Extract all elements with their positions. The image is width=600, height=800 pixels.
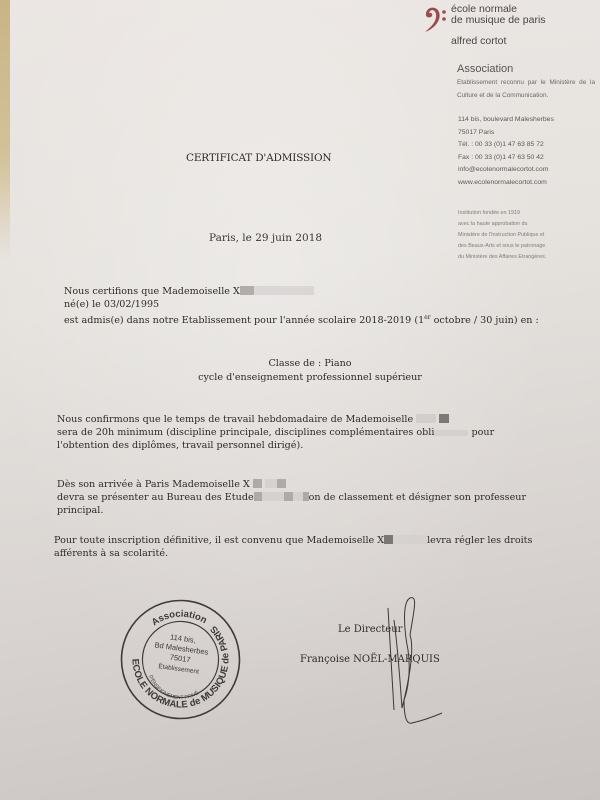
association-title: Association bbox=[457, 63, 600, 75]
admission-line-end: octobre / 30 juin) en : bbox=[431, 316, 539, 327]
website-link[interactable]: www.ecolenormalecortot.com bbox=[458, 177, 600, 190]
redaction bbox=[265, 479, 277, 488]
arrival-line1: Dès son arrivée à Paris Mademoiselle X bbox=[57, 479, 250, 490]
birthdate-line: né(e) le 03/02/1995 bbox=[64, 298, 539, 311]
arrival-line3: principal. bbox=[57, 504, 526, 517]
redaction bbox=[434, 430, 468, 436]
history-line: avec la haute approbation du bbox=[458, 219, 600, 230]
admission-line: est admis(e) dans notre Etablissement po… bbox=[64, 316, 424, 327]
letterhead: école normale de musique de paris alfred… bbox=[422, 4, 600, 263]
stamp-top-text: Association bbox=[149, 604, 210, 635]
bass-clef-icon bbox=[422, 4, 448, 34]
school-name: école normale de musique de paris bbox=[451, 4, 546, 26]
workload-line3: l'obtention des diplômes, travail person… bbox=[57, 439, 494, 452]
logo-row: école normale de musique de paris bbox=[422, 4, 600, 34]
fees-line1: Pour toute inscription définitive, il es… bbox=[54, 535, 384, 546]
svg-text:ECOLE NORMALE de MUSIQUE de PA: ECOLE NORMALE de MUSIQUE de PARIS bbox=[123, 612, 237, 717]
certification-paragraph: Nous certifions que Mademoiselle X né(e)… bbox=[64, 285, 539, 328]
address-line1: 114 bis, boulevard Malesherbes bbox=[458, 114, 600, 127]
redaction bbox=[254, 286, 314, 295]
contact-block: 114 bis, boulevard Malesherbes 75017 Par… bbox=[458, 114, 600, 190]
history-line: des Beaux-Arts et sous le patronage bbox=[458, 241, 600, 252]
redaction bbox=[240, 286, 254, 295]
redaction bbox=[439, 414, 449, 423]
workload-paragraph: Nous confirmons que le temps de travail … bbox=[57, 413, 494, 453]
stamp-center-line3: 75017 bbox=[169, 653, 191, 665]
redaction bbox=[277, 479, 286, 488]
arrival-line2-end: on de classement et désigner son profess… bbox=[309, 492, 526, 503]
arrival-paragraph: Dès son arrivée à Paris Mademoiselle X d… bbox=[57, 478, 526, 518]
redaction bbox=[384, 535, 393, 544]
svg-text:Association: Association bbox=[149, 604, 210, 635]
handwritten-signature bbox=[370, 590, 460, 740]
class-line: Classe de : Piano bbox=[100, 357, 520, 371]
association-description: Etablissement reconnu par le Ministère d… bbox=[457, 77, 595, 102]
redaction bbox=[293, 492, 303, 501]
redaction bbox=[393, 535, 427, 544]
history-line: Institution fondée en 1919 bbox=[458, 208, 600, 219]
address-line2: 75017 Paris bbox=[458, 127, 600, 140]
certify-line: Nous certifions que Mademoiselle X bbox=[64, 286, 240, 297]
stamp-center-line4: Établissement bbox=[158, 661, 200, 676]
redaction bbox=[416, 414, 436, 423]
cycle-line: cycle d'enseignement professionnel supér… bbox=[100, 371, 520, 385]
arrival-line2: devra se présenter au Bureau des Etude bbox=[57, 492, 254, 503]
redaction bbox=[303, 492, 309, 501]
fax: Fax : 00 33 (0)1 47 63 50 42 bbox=[458, 152, 600, 165]
redaction bbox=[254, 492, 262, 501]
document-date: Paris, le 29 juin 2018 bbox=[209, 232, 322, 244]
workload-line1: Nous confirmons que le temps de travail … bbox=[57, 414, 413, 425]
history-line: Ministère de l'Instruction Publique et bbox=[458, 230, 600, 241]
fees-line1-end: levra régler les droits bbox=[427, 535, 532, 546]
history-block: Institution fondée en 1919 avec la haute… bbox=[458, 208, 600, 263]
school-name-line3: alfred cortot bbox=[451, 35, 600, 47]
redaction bbox=[284, 492, 293, 501]
email-link[interactable]: info@ecolenormalecortot.com bbox=[458, 164, 600, 177]
workload-line2: sera de 20h minimum (discipline principa… bbox=[57, 427, 434, 438]
association-stamp: Association ECOLE NORMALE de MUSIQUE de … bbox=[118, 597, 243, 722]
school-name-line2: de musique de paris bbox=[451, 15, 546, 26]
class-block: Classe de : Piano cycle d'enseignement p… bbox=[100, 357, 520, 384]
redaction bbox=[262, 492, 284, 501]
stamp-ring-text: ECOLE NORMALE de MUSIQUE de PARIS bbox=[123, 612, 237, 717]
redaction bbox=[253, 479, 262, 488]
telephone: Tél. : 00 33 (0)1 47 63 85 72 bbox=[458, 139, 600, 152]
fees-paragraph: Pour toute inscription définitive, il es… bbox=[54, 534, 532, 560]
fees-line2: afférents à sa scolarité. bbox=[54, 547, 532, 560]
document-title: CERTIFICAT D'ADMISSION bbox=[186, 152, 331, 164]
history-line: du Ministère des Affaires Etrangères. bbox=[458, 252, 600, 263]
workload-line2-end: pour bbox=[471, 427, 494, 438]
page-edge bbox=[0, 0, 10, 260]
